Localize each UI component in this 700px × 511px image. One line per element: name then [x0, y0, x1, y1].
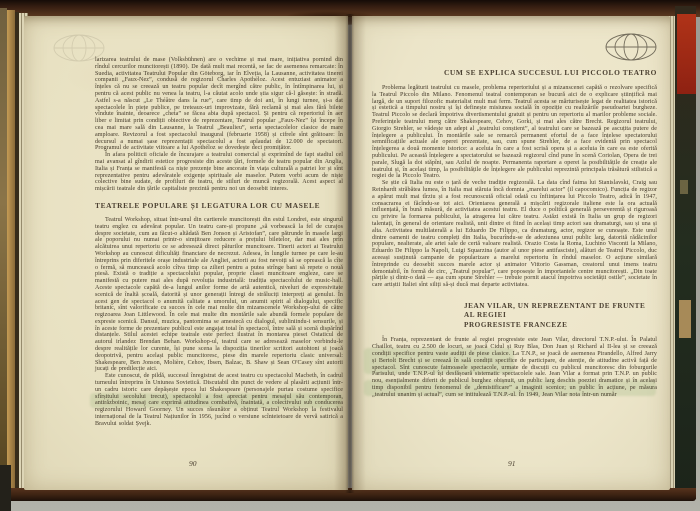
book-spine-edge — [0, 8, 7, 493]
right-page: CUM SE EXPLICA SUCCESUL LUI PICCOLO TEAT… — [352, 16, 670, 490]
left-page-text-column: larizarea teatrului de mase (Volksbühnen… — [95, 57, 343, 428]
chapter-heading: CUM SE EXPLICA SUCCESUL LUI PICCOLO TEAT… — [372, 69, 657, 77]
paragraph: Problema legăturii teatrului cu masele, … — [372, 85, 657, 180]
cover-tan-fleck — [680, 180, 688, 194]
red-cover-patch — [677, 14, 696, 94]
right-page-text-column: CUM SE EXPLICA SUCCESUL LUI PICCOLO TEAT… — [372, 69, 657, 399]
section-heading-line2: PROGRESISTE FRANCEZE — [464, 321, 657, 331]
paragraph: Este cunoscut, de pildă, succesul înregi… — [95, 373, 343, 427]
paragraph: larizarea teatrului de mase (Volksbühnen… — [95, 57, 343, 152]
left-page: larizarea teatrului de mase (Volksbühnen… — [24, 16, 348, 490]
section-heading: TEATRELE POPULARE ȘI LEGATURA LOR CU MAS… — [95, 202, 343, 210]
section-heading: JEAN VILAR, UN REPREZENTANT DE FRUNTE AL… — [464, 302, 657, 331]
book-spread-photo: larizarea teatrului de mase (Volksbühnen… — [0, 0, 700, 511]
globe-icon — [604, 32, 658, 62]
paragraph: În Franța, reprezentant de frunte al reg… — [372, 337, 657, 398]
section-heading-line1: JEAN VILAR, UN REPREZENTANT DE FRUNTE AL… — [464, 302, 657, 321]
paragraph: În afara politicii oficiale de încurajar… — [95, 152, 343, 193]
paragraph: Teatrul Workshop, situat într-unul din c… — [95, 217, 343, 373]
book-spine-gold-edge — [7, 10, 15, 495]
book-gutter-shadow — [334, 14, 366, 493]
dark-corner-object — [0, 465, 11, 511]
page-number: 91 — [508, 459, 516, 468]
page-number: 90 — [189, 459, 197, 468]
paragraph: Se știe că Italia nu este o țară de vech… — [372, 180, 657, 289]
cover-tan-fleck — [679, 300, 691, 338]
